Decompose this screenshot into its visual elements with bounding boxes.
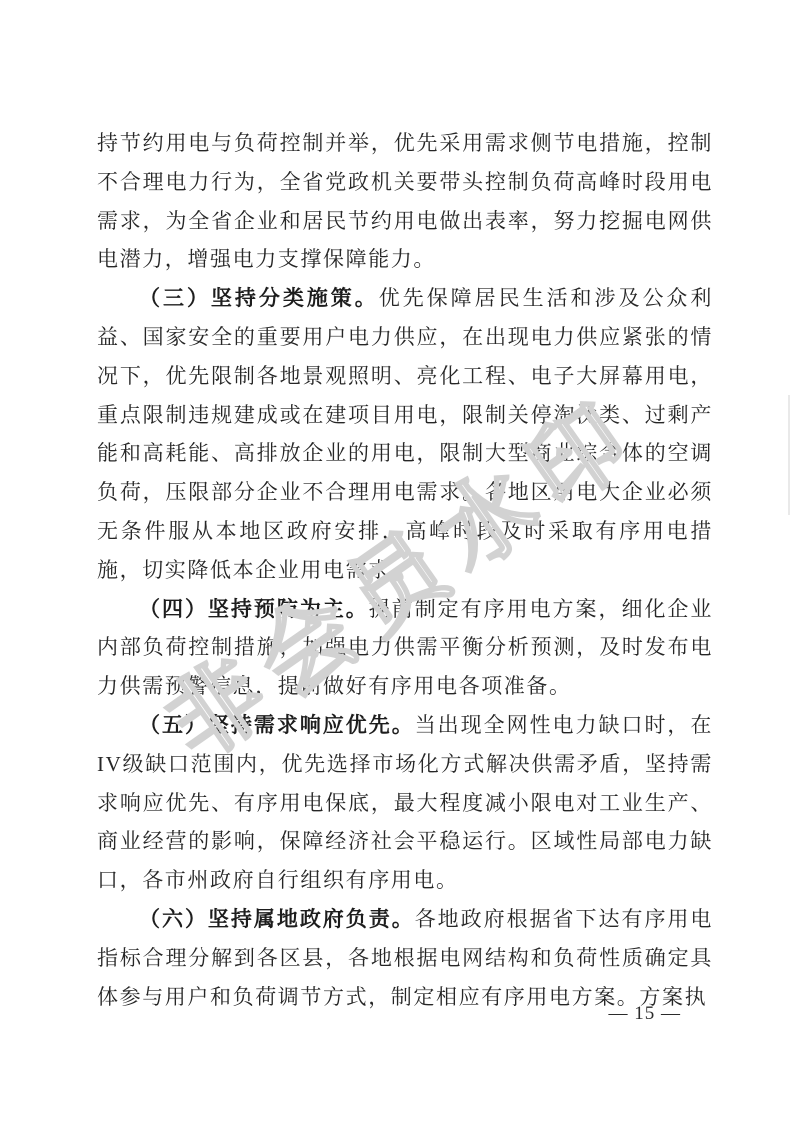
paragraph-section-3: （三）坚持分类施策。优先保障居民生活和涉及公众利益、国家安全的重要用户电力供应，… <box>97 279 713 589</box>
document-page: 非会员水印 持节约用电与负荷控制并举，优先采用需求侧节电措施，控制不合理电力行为… <box>0 0 793 1121</box>
paragraph-lead: （四）坚持预防为主。 <box>139 597 369 621</box>
paragraph-section-4: （四）坚持预防为主。提前制定有序用电方案，细化企业内部负荷控制措施，加强电力供需… <box>97 590 713 706</box>
document-body: 持节约用电与负荷控制并举，优先采用需求侧节电措施，控制不合理电力行为，全省党政机… <box>97 124 713 1016</box>
scan-artifact <box>788 395 790 515</box>
paragraph-continuation: 持节约用电与负荷控制并举，优先采用需求侧节电措施，控制不合理电力行为，全省党政机… <box>97 124 713 279</box>
paragraph-lead: （三）坚持分类施策。 <box>139 286 379 310</box>
paragraph-text: 当出现全网性电力缺口时，在IV级缺口范围内，优先选择市场化方式解决供需矛盾，坚持… <box>97 713 713 892</box>
page-number: — 15 — <box>609 1003 682 1025</box>
paragraph-text: 持节约用电与负荷控制并举，优先采用需求侧节电措施，控制不合理电力行为，全省党政机… <box>97 131 713 271</box>
paragraph-lead: （六）坚持属地政府负责。 <box>139 907 415 931</box>
paragraph-section-5: （五）坚持需求响应优先。当出现全网性电力缺口时，在IV级缺口范围内，优先选择市场… <box>97 706 713 900</box>
paragraph-section-6: （六）坚持属地政府负责。各地政府根据省下达有序用电指标合理分解到各区县，各地根据… <box>97 900 713 1016</box>
paragraph-lead: （五）坚持需求响应优先。 <box>139 713 415 737</box>
paragraph-text: 优先保障居民生活和涉及公众利益、国家安全的重要用户电力供应，在出现电力供应紧张的… <box>97 286 713 582</box>
